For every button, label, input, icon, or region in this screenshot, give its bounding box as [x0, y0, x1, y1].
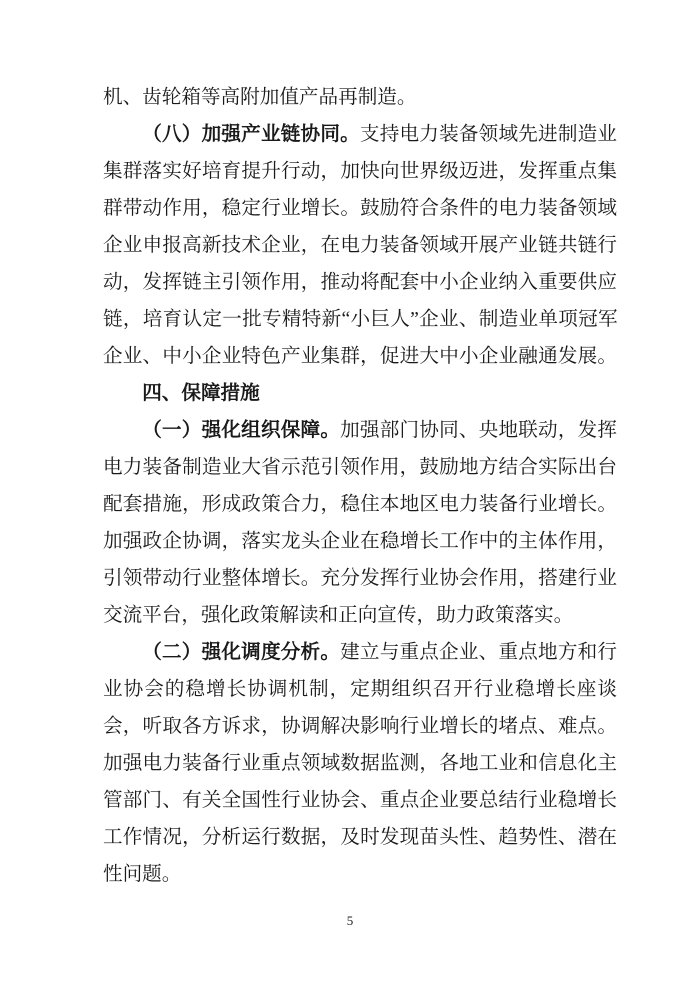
line-text: 加强电力装备行业重点领域数据监测，各地工业和信息化主 [103, 753, 617, 774]
text-line: 群带动作用，稳定行业增长。鼓励符合条件的电力装备领域 [103, 190, 617, 227]
paragraph-lead-bold: （二）强化调度分析。 [142, 642, 340, 663]
section-heading-text: 四、保障措施 [142, 383, 260, 404]
line-text: 建立与重点企业、重点地方和行 [340, 642, 617, 663]
text-line: 链，培育认定一批专精特新“小巨人”企业、制造业单项冠军 [103, 301, 617, 338]
line-text: 加强部门协同、央地联动，发挥 [340, 420, 617, 441]
line-text: 工作情况，分析运行数据，及时发现苗头性、趋势性、潜在 [103, 827, 617, 848]
text-line: 业协会的稳增长协调机制，定期组织召开行业稳增长座谈 [103, 671, 617, 708]
line-text: 配套措施，形成政策合力，稳住本地区电力装备行业增长。 [103, 494, 617, 515]
line-text: 电力装备制造业大省示范引领作用，鼓励地方结合实际出台 [103, 457, 617, 478]
paragraph-start-line: （八）加强产业链协同。支持电力装备领域先进制造业 [103, 116, 617, 153]
page-number: 5 [0, 913, 700, 929]
text-line: 引领带动行业整体增长。充分发挥行业协会作用，搭建行业 [103, 560, 617, 597]
line-text: 引领带动行业整体增长。充分发挥行业协会作用，搭建行业 [103, 568, 617, 589]
line-text: 机、齿轮箱等高附加值产品再制造。 [103, 87, 417, 108]
text-line: 动，发挥链主引领作用，推动将配套中小企业纳入重要供应 [103, 264, 617, 301]
line-text: 会，听取各方诉求，协调解决影响行业增长的堵点、难点。 [103, 716, 617, 737]
text-line: 会，听取各方诉求，协调解决影响行业增长的堵点、难点。 [103, 708, 617, 745]
line-text: 集群落实好培育提升行动，加快向世界级迈进，发挥重点集 [103, 161, 617, 182]
body-text: 机、齿轮箱等高附加值产品再制造。 （八）加强产业链协同。支持电力装备领域先进制造… [103, 79, 617, 893]
text-line: 配套措施，形成政策合力，稳住本地区电力装备行业增长。 [103, 486, 617, 523]
text-line: 管部门、有关全国性行业协会、重点企业要总结行业稳增长 [103, 782, 617, 819]
paragraph-start-line: （一）强化组织保障。加强部门协同、央地联动，发挥 [103, 412, 617, 449]
line-text: 加强政企协调，落实龙头企业在稳增长工作中的主体作用， [103, 531, 617, 552]
line-text: 企业申报高新技术企业，在电力装备领域开展产业链共链行 [103, 235, 617, 256]
line-text: 链，培育认定一批专精特新“小巨人”企业、制造业单项冠军 [103, 309, 617, 330]
line-text: 性问题。 [103, 864, 181, 885]
text-line: 集群落实好培育提升行动，加快向世界级迈进，发挥重点集 [103, 153, 617, 190]
paragraph-start-line: （二）强化调度分析。建立与重点企业、重点地方和行 [103, 634, 617, 671]
line-text: 动，发挥链主引领作用，推动将配套中小企业纳入重要供应 [103, 272, 617, 293]
text-line: 交流平台，强化政策解读和正向宣传，助力政策落实。 [103, 597, 617, 634]
line-text: 企业、中小企业特色产业集群，促进大中小企业融通发展。 [103, 346, 617, 367]
section-heading: 四、保障措施 [103, 375, 617, 412]
line-text: 管部门、有关全国性行业协会、重点企业要总结行业稳增长 [103, 790, 617, 811]
text-line: 加强政企协调，落实龙头企业在稳增长工作中的主体作用， [103, 523, 617, 560]
line-text: 交流平台，强化政策解读和正向宣传，助力政策落实。 [103, 605, 573, 626]
text-line: 加强电力装备行业重点领域数据监测，各地工业和信息化主 [103, 745, 617, 782]
text-line: 性问题。 [103, 856, 617, 893]
text-line: 工作情况，分析运行数据，及时发现苗头性、趋势性、潜在 [103, 819, 617, 856]
text-line: 电力装备制造业大省示范引领作用，鼓励地方结合实际出台 [103, 449, 617, 486]
text-line: 企业申报高新技术企业，在电力装备领域开展产业链共链行 [103, 227, 617, 264]
line-text: 业协会的稳增长协调机制，定期组织召开行业稳增长座谈 [103, 679, 617, 700]
text-line: 机、齿轮箱等高附加值产品再制造。 [103, 79, 617, 116]
paragraph-lead-bold: （一）强化组织保障。 [142, 420, 340, 441]
paragraph-lead-bold: （八）加强产业链协同。 [142, 124, 360, 145]
document-page: 机、齿轮箱等高附加值产品再制造。 （八）加强产业链协同。支持电力装备领域先进制造… [0, 0, 700, 989]
line-text: 支持电力装备领域先进制造业 [360, 124, 617, 145]
text-line: 企业、中小企业特色产业集群，促进大中小企业融通发展。 [103, 338, 617, 375]
line-text: 群带动作用，稳定行业增长。鼓励符合条件的电力装备领域 [103, 198, 617, 219]
